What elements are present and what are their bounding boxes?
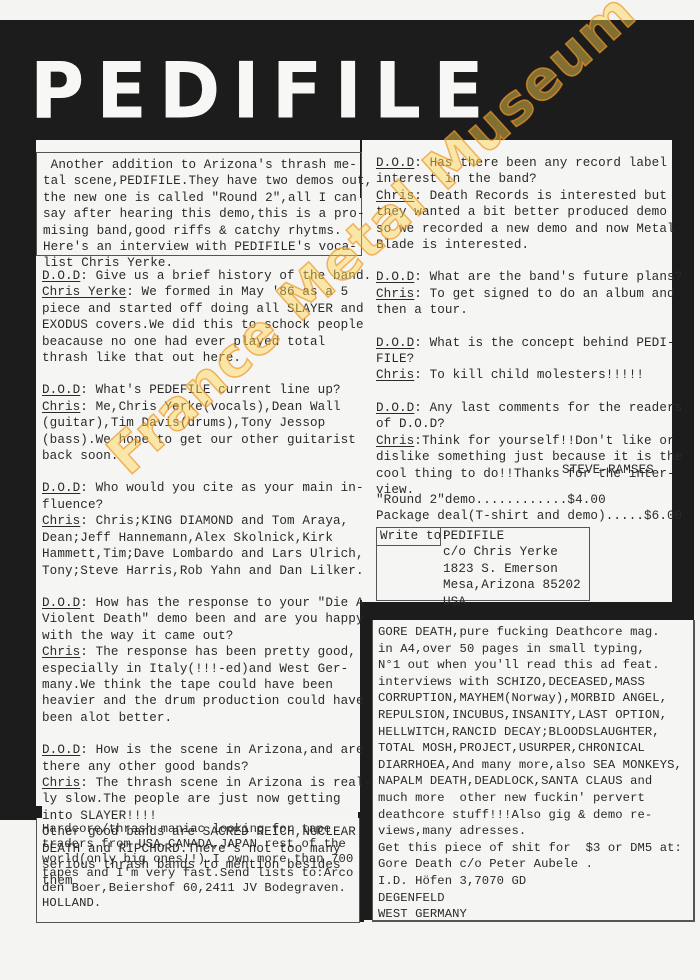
title-letter: L bbox=[374, 58, 419, 123]
answer-line: (bass).We hope to get our other guitaris… bbox=[42, 432, 371, 448]
speaker-label: D.O.D bbox=[42, 743, 80, 757]
speaker-text: : We formed in May '86 as a 5 bbox=[126, 285, 348, 299]
speaker-text: :Think for yourself!!Don't like or bbox=[414, 434, 674, 448]
qa-block: D.O.D: Has there been any record labelin… bbox=[376, 155, 682, 253]
ad-line: Gore Death c/o Peter Aubele . bbox=[378, 856, 682, 873]
question: D.O.D: Has there been any record label bbox=[376, 155, 682, 171]
intro-line: Another addition to Arizona's thrash me- bbox=[43, 157, 361, 173]
answer-line: thrash like that out here. bbox=[42, 350, 371, 366]
speaker-label: D.O.D bbox=[42, 269, 80, 283]
answer-line: Tony;Steve Harris,Rob Yahn and Dan Lilke… bbox=[42, 563, 371, 579]
title-letter: E bbox=[433, 58, 482, 123]
ad-line: interviews with SCHIZO,DECEASED,MASS bbox=[378, 674, 682, 691]
answer-line: then a tour. bbox=[376, 302, 682, 318]
speaker-text: : What is the concept behind PEDI- bbox=[414, 336, 674, 350]
speaker-label: Chris bbox=[376, 434, 414, 448]
ad-line: views,many adresses. bbox=[378, 823, 682, 840]
speaker-text: : Me,Chris Yerke(vocals),Dean Wall bbox=[80, 400, 340, 414]
qa-block: D.O.D: What is the concept behind PEDI-F… bbox=[376, 335, 682, 384]
speaker-label: Chris bbox=[42, 645, 80, 659]
question: D.O.D: Who would you cite as your main i… bbox=[42, 480, 371, 496]
price-list: "Round 2"demo............$4.00Package de… bbox=[376, 492, 682, 525]
qa-block: D.O.D: What are the band's future plans?… bbox=[376, 269, 682, 318]
answer: Chris:Think for yourself!!Don't like or bbox=[376, 433, 682, 449]
speaker-label: D.O.D bbox=[376, 336, 414, 350]
title-letter: P bbox=[30, 58, 82, 123]
ad-line: Get this piece of shit for $3 or DM5 at: bbox=[378, 840, 682, 857]
question-line: with the way it came out? bbox=[42, 628, 371, 644]
ad-line: world(only big ones!!).I own more than 7… bbox=[42, 852, 353, 867]
question-line: interest in the band? bbox=[376, 171, 682, 187]
speaker-label: D.O.D bbox=[42, 481, 80, 495]
answer: Chris: To kill child molesters!!!!! bbox=[376, 367, 682, 383]
answer-line: many.We think the tape could have been bbox=[42, 677, 371, 693]
speaker-label: Chris Yerke bbox=[42, 285, 126, 299]
speaker-text: : How is the scene in Arizona,and are bbox=[80, 743, 363, 757]
answer: Chris: To get signed to do an album and bbox=[376, 286, 682, 302]
signature: STEVE-RAMSES bbox=[562, 462, 654, 478]
ad-line: much more other new fuckin' pervert bbox=[378, 790, 682, 807]
answer-line: Blade is interested. bbox=[376, 237, 682, 253]
qa-block: D.O.D: Who would you cite as your main i… bbox=[42, 480, 371, 578]
speaker-text: : To get signed to do an album and bbox=[414, 287, 674, 301]
answer-line: so we recorded a new demo and now Metal bbox=[376, 221, 682, 237]
ad-line: DIARRHOEA,And many more,also SEA MONKEYS… bbox=[378, 757, 682, 774]
address-label: Write to: bbox=[380, 528, 449, 544]
intro-line: say after hearing this demo,this is a pr… bbox=[43, 206, 361, 222]
speaker-text: : Who would you cite as your main in- bbox=[80, 481, 363, 495]
answer-line: heavier and the drum production could ha… bbox=[42, 693, 371, 709]
speaker-label: Chris bbox=[376, 368, 414, 382]
price-item: "Round 2"demo............$4.00 bbox=[376, 492, 682, 508]
ad-line: HOLLAND. bbox=[42, 896, 353, 911]
speaker-label: D.O.D bbox=[376, 156, 414, 170]
answer-line: back soon. bbox=[42, 448, 371, 464]
question: D.O.D: Give us a brief history of the ba… bbox=[42, 268, 371, 284]
speaker-label: Chris bbox=[42, 400, 80, 414]
qa-block: D.O.D: What's PEDEFILE current line up?C… bbox=[42, 382, 371, 464]
question: D.O.D: What are the band's future plans? bbox=[376, 269, 682, 285]
ad-line: TOTAL MOSH,PROJECT,USURPER,CHRONICAL bbox=[378, 740, 682, 757]
qa-block: D.O.D: Any last comments for the readers… bbox=[376, 400, 682, 498]
question: D.O.D: What is the concept behind PEDI- bbox=[376, 335, 682, 351]
ad-line: Hardcore/thrash maniac looking for tape bbox=[42, 822, 353, 837]
ad-line: in A4,over 50 pages in small typing, bbox=[378, 641, 682, 658]
ad-line: I.D. Höfen 3,7070 GD bbox=[378, 873, 682, 890]
address-line: c/o Chris Yerke bbox=[443, 544, 581, 560]
answer: Chris: Me,Chris Yerke(vocals),Dean Wall bbox=[42, 399, 371, 415]
speaker-text: : What's PEDEFILE current line up? bbox=[80, 383, 340, 397]
tape-trader-ad-text: Hardcore/thrash maniac looking for tapet… bbox=[42, 822, 353, 911]
interview-right: D.O.D: Has there been any record labelin… bbox=[376, 155, 682, 514]
question-line: Violent Death" demo been and are you hap… bbox=[42, 611, 371, 627]
answer-line: EXODUS covers.We did this to schock peop… bbox=[42, 317, 371, 333]
answer-line: ly slow.The people are just now getting bbox=[42, 791, 371, 807]
title-letter: D bbox=[159, 58, 218, 123]
answer-line: been alot better. bbox=[42, 710, 371, 726]
speaker-label: Chris bbox=[42, 776, 80, 790]
answer-line: they wanted a bit better produced demo bbox=[376, 204, 682, 220]
answer: Chris: Death Records is interested but bbox=[376, 188, 682, 204]
question: D.O.D: Any last comments for the readers bbox=[376, 400, 682, 416]
address-line: Mesa,Arizona 85202 bbox=[443, 577, 581, 593]
title-letter: I bbox=[334, 58, 360, 123]
address-line: 1823 S. Emerson bbox=[443, 561, 581, 577]
question-line: fluence? bbox=[42, 497, 371, 513]
ad-line: CORRUPTION,MAYHEM(Norway),MORBID ANGEL, bbox=[378, 690, 682, 707]
speaker-label: D.O.D bbox=[376, 401, 414, 415]
answer-line: Hammett,Tim;Dave Lombardo and Lars Ulric… bbox=[42, 546, 371, 562]
intro-line: tal scene,PEDIFILE.They have two demos o… bbox=[43, 173, 361, 189]
title-letter: E bbox=[96, 58, 145, 123]
question: D.O.D: How has the response to your "Die… bbox=[42, 595, 371, 611]
speaker-label: Chris bbox=[376, 287, 414, 301]
answer-line: Dean;Jeff Hannemann,Alex Skolnick,Kirk bbox=[42, 530, 371, 546]
ad-line: traders from USA,CANADA,JAPAN rest of th… bbox=[42, 837, 353, 852]
interview-left: D.O.D: Give us a brief history of the ba… bbox=[42, 268, 371, 906]
intro-line: Here's an interview with PEDIFILE's voca… bbox=[43, 239, 361, 255]
title-letter: I bbox=[232, 58, 258, 123]
speaker-text: : To kill child molesters!!!!! bbox=[414, 368, 644, 382]
ad-line: HELLWITCH,RANCID DECAY;BLOODSLAUGHTER, bbox=[378, 724, 682, 741]
question-line: of D.O.D? bbox=[376, 416, 682, 432]
gore-death-ad-text: GORE DEATH,pure fucking Deathcore mag.in… bbox=[378, 624, 682, 923]
address-line: PEDIFILE bbox=[443, 528, 581, 544]
ad-line: DEGENFELD bbox=[378, 890, 682, 907]
qa-block: D.O.D: Give us a brief history of the ba… bbox=[42, 268, 371, 366]
speaker-label: D.O.D bbox=[42, 596, 80, 610]
address-line: USA bbox=[443, 594, 581, 610]
ad-line: GORE DEATH,pure fucking Deathcore mag. bbox=[378, 624, 682, 641]
question: D.O.D: What's PEDEFILE current line up? bbox=[42, 382, 371, 398]
speaker-text: : Chris;KING DIAMOND and Tom Araya, bbox=[80, 514, 348, 528]
title-letter: F bbox=[272, 58, 321, 123]
speaker-text: : Has there been any record label bbox=[414, 156, 667, 170]
answer: Chris: The thrash scene in Arizona is re… bbox=[42, 775, 371, 791]
intro-line: mising band,good riffs & catchy rhytms. bbox=[43, 223, 361, 239]
speaker-text: : The thrash scene in Arizona is real- bbox=[80, 776, 371, 790]
intro-box: Another addition to Arizona's thrash me-… bbox=[36, 152, 362, 256]
speaker-label: D.O.D bbox=[376, 270, 414, 284]
speaker-text: : Death Records is interested but bbox=[414, 189, 667, 203]
page-title: PEDIFILE bbox=[30, 60, 482, 126]
address-lines: PEDIFILEc/o Chris Yerke1823 S. EmersonMe… bbox=[443, 528, 581, 610]
ad-line: REPULSION,INCUBUS,INSANITY,LAST OPTION, bbox=[378, 707, 682, 724]
speaker-text: : How has the response to your "Die A bbox=[80, 596, 363, 610]
qa-block: D.O.D: How has the response to your "Die… bbox=[42, 595, 371, 726]
speaker-text: : The response has been pretty good, bbox=[80, 645, 356, 659]
ad-line: WEST GERMANY bbox=[378, 906, 682, 923]
question-line: FILE? bbox=[376, 351, 682, 367]
ad-line: tapes and I'm very fast.Send lists to:Ar… bbox=[42, 866, 353, 881]
answer: Chris: Chris;KING DIAMOND and Tom Araya, bbox=[42, 513, 371, 529]
speaker-text: : Any last comments for the readers bbox=[414, 401, 682, 415]
speaker-label: Chris bbox=[42, 514, 80, 528]
question-line: there any other good bands? bbox=[42, 759, 371, 775]
answer: Chris Yerke: We formed in May '86 as a 5 bbox=[42, 284, 371, 300]
ad-line: NAPALM DEATH,DEADLOCK,SANTA CLAUS and bbox=[378, 773, 682, 790]
ad-line: deathcore stuff!!!Also gig & demo re- bbox=[378, 807, 682, 824]
answer-line: especially in Italy(!!!-ed)and West Ger- bbox=[42, 661, 371, 677]
speaker-text: : What are the band's future plans? bbox=[414, 270, 682, 284]
answer-line: piece and started off doing all SLAYER a… bbox=[42, 301, 371, 317]
ad-line: den Boer,Beiershof 60,2411 JV Bodegraven… bbox=[42, 881, 353, 896]
answer-line: (guitar),Tim Davis(drums),Tony Jessop bbox=[42, 415, 371, 431]
answer-line: beacause no one had ever played total bbox=[42, 334, 371, 350]
speaker-label: D.O.D bbox=[42, 383, 80, 397]
answer: Chris: The response has been pretty good… bbox=[42, 644, 371, 660]
question: D.O.D: How is the scene in Arizona,and a… bbox=[42, 742, 371, 758]
intro-line: the new one is called "Round 2",all I ca… bbox=[43, 190, 361, 206]
speaker-text: : Give us a brief history of the band. bbox=[80, 269, 371, 283]
price-item: Package deal(T-shirt and demo).....$6.00 bbox=[376, 508, 682, 524]
speaker-label: Chris bbox=[376, 189, 414, 203]
ad-line: N°1 out when you'll read this ad feat. bbox=[378, 657, 682, 674]
